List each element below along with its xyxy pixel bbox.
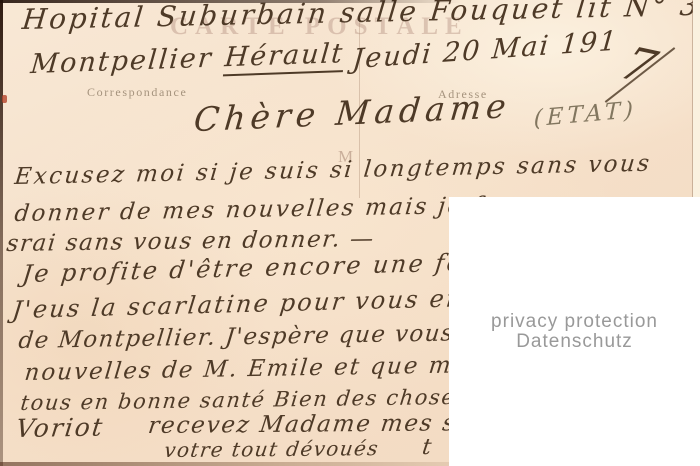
card-left-edge bbox=[0, 0, 3, 466]
handwritten-body-line: de Montpellier. J'espère que vous avez bbox=[17, 319, 522, 354]
handwritten-stray-mark: t bbox=[420, 435, 432, 460]
postcard-scan: CARTE POSTALE M Correspondance Adresse H… bbox=[0, 0, 700, 466]
scan-backdrop-strip bbox=[693, 0, 700, 197]
handwritten-body-line: Excusez moi si je suis si longtemps sans… bbox=[13, 151, 652, 190]
card-right-edge-line bbox=[692, 0, 693, 197]
handwritten-body-line: J'eus la scarlatine pour vous en bbox=[11, 284, 465, 324]
handwritten-salutation: Chère Madame bbox=[192, 86, 512, 139]
privacy-overlay-text-en: privacy protection bbox=[491, 312, 658, 332]
handwritten-body-line: nouvelles de M. Emile et que mon bbox=[23, 352, 486, 386]
red-ink-speck bbox=[2, 95, 7, 103]
privacy-overlay: privacy protection Datenschutz bbox=[449, 197, 700, 466]
correspondence-label: Correspondance bbox=[87, 85, 187, 100]
pencil-condition-note: (ETAT) bbox=[534, 97, 638, 132]
handwritten-place: Montpellier bbox=[29, 43, 214, 80]
handwritten-department-underlined: Hérault bbox=[223, 38, 345, 76]
handwritten-date-flourish: 7 bbox=[612, 37, 665, 93]
handwritten-closing-line2: votre tout dévoués bbox=[163, 436, 381, 462]
privacy-overlay-text-de: Datenschutz bbox=[516, 332, 633, 352]
handwritten-body-line: donner de mes nouvelles mais je fr bbox=[13, 193, 498, 227]
handwritten-header-line2: MontpellierHérault bbox=[29, 38, 345, 80]
card-top-edge bbox=[0, 0, 700, 3]
handwritten-signature: Voriot bbox=[14, 412, 105, 443]
